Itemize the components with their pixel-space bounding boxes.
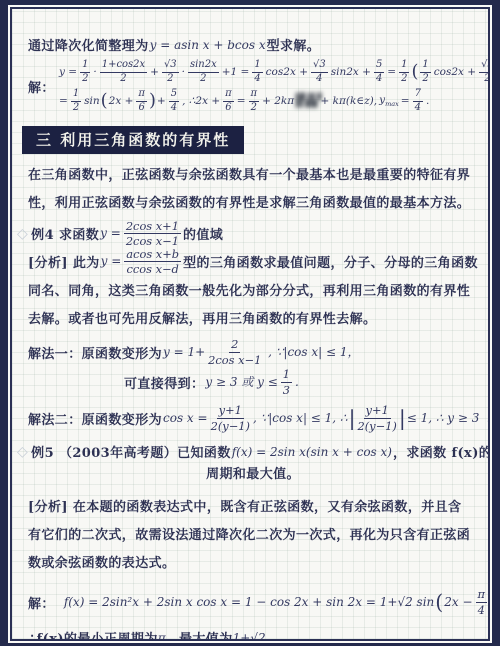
intro-suffix: 型求解。 [267, 35, 321, 54]
example4-heading: ◇ 例4 求函数 y =2cos x+12cos x−1 的值域 [28, 220, 478, 248]
example4-analysis: [分析] 此为 y =acos x+bccos x−d 型的三角函数求最值问题，… [28, 248, 478, 334]
analysis4-rest: 同名、同角，这类三角函数一般先化为部分分式，再利用三角函数的有界性 去解。或者也… [28, 278, 478, 334]
method2-line: 解法二：原函数变形为 cos x =y+12(y−1), ∵|cos x| ≤ … [28, 404, 478, 432]
conclusion-prefix: ∴f(x)的最小正周期为 [28, 628, 158, 641]
fraction: π6 [223, 89, 234, 114]
fraction: y+12(y−1) [211, 404, 250, 432]
fraction: π2 [249, 89, 260, 114]
fraction: 12 [71, 89, 81, 114]
example5-line-2: 周期和最大值。 [28, 461, 478, 488]
fraction: 54 [169, 89, 179, 114]
analysis4-formula: y =acos x+bccos x−d [100, 248, 183, 276]
example5-suffix: ，求函数 f(x)的最小正 [393, 442, 490, 461]
example5-analysis: [分析] 在本题的函数表达式中，既含有正弦函数，又有余弦函数，并且含 有它们的二… [28, 494, 478, 578]
conclusion-mid: ，最大值为 [166, 628, 233, 641]
conclusion-math-1: π [158, 631, 166, 641]
top-solution-formula-line-1: y =12·1+cos2x2+√32·sin2x2+1 =14cos2x +√3… [58, 60, 490, 85]
example4-suffix: 的值域 [183, 224, 223, 243]
example4-formula: y =2cos x+12cos x−1 [99, 220, 183, 248]
example5-heading: ◇ 例5 （2003年高考题）已知函数 f(x) = 2sin x(sin x … [28, 442, 478, 461]
fraction: 22cos x−1 [208, 338, 261, 366]
solution5-label: 解： [28, 593, 55, 612]
fraction: sin2x2 [188, 60, 219, 85]
paragraph-line: 性，利用正弦函数与余弦函数的有界性是求解三角函数最值的最基本方法。 [28, 190, 478, 218]
diamond-icon: ◇ [17, 444, 28, 460]
paragraph-line: 有它们的二次式，故需设法通过降次化二次为一次式，再化为只含有正弦函 [28, 522, 478, 550]
method1-line-1: 解法一：原函数变形为 y = 1+22cos x−1 , ∵|cos x| ≤ … [28, 338, 478, 366]
fraction: 1+cos2x2 [100, 60, 147, 85]
fraction: 12 [80, 60, 90, 85]
paragraph-line: 数或余弦函数的表达式。 [28, 550, 478, 578]
solution5-formula: f(x) = 2sin²x + 2sin x cos x = 1 − cos 2… [63, 588, 490, 616]
example4-label: 例4 求函数 [31, 224, 99, 243]
example5-block: ◇ 例5 （2003年高考题）已知函数 f(x) = 2sin x(sin x … [28, 442, 478, 488]
paragraph-line: 在三角函数中，正弦函数与余弦函数具有一个最基本也是最重要的特征有界 [28, 162, 478, 190]
fraction: π6 [136, 89, 147, 114]
example5-solution: 解： f(x) = 2sin²x + 2sin x cos x = 1 − co… [28, 588, 478, 616]
solve-label: 解： [28, 77, 58, 96]
paragraph-line: 同名、同角，这类三角函数一般先化为部分分式，再利用三角函数的有界性 [28, 278, 478, 306]
fraction: √32 [479, 60, 490, 85]
fraction: 54 [374, 60, 384, 85]
analysis4-label: [分析] 此为 [28, 252, 100, 271]
fraction: √34 [311, 60, 328, 85]
fraction: 74 [413, 89, 423, 114]
method2-label: 解法二：原函数变形为 [28, 409, 162, 428]
method1-block: 解法一：原函数变形为 y = 1+22cos x−1 , ∵|cos x| ≤ … [28, 338, 478, 396]
frame-gap: 通过降次化简整理为 y = asin x + bcos x 型求解。 解： y … [8, 5, 492, 643]
section-title: 三 利用三角函数的有界性 [36, 131, 230, 149]
example5-formula: f(x) = 2sin x(sin x + cos x) [231, 445, 393, 459]
fraction: 12 [420, 60, 430, 85]
conclusion-math-2: 1+√2 [233, 631, 266, 641]
method2-formula: cos x =y+12(y−1), ∵|cos x| ≤ 1, ∴|y+12(y… [162, 404, 490, 432]
intro-paragraph: 在三角函数中，正弦函数与余弦函数具有一个最基本也是最重要的特征有界 性，利用正弦… [28, 162, 478, 218]
fraction: acos x+bccos x−d [124, 248, 181, 276]
censored-watermark: ▓▚▓▞ [295, 94, 319, 108]
fraction: 12 [399, 60, 409, 85]
analysis4-line-1: [分析] 此为 y =acos x+bccos x−d 型的三角函数求最值问题，… [28, 248, 478, 276]
paragraph-line: 去解。或者也可先用反解法，再用三角函数的有界性去解。 [28, 306, 478, 334]
conclusion-line: ∴f(x)的最小正周期为 π ，最大值为 1+√2 。 [28, 628, 478, 641]
method1-label-2: 可直接得到： [124, 373, 204, 392]
section-header-bar: 三 利用三角函数的有界性 [22, 126, 244, 154]
conclusion-end: 。 [266, 628, 279, 641]
top-solution-formulas: y =12·1+cos2x2+√32·sin2x2+1 =14cos2x +√3… [58, 60, 490, 114]
diamond-icon: ◇ [17, 226, 28, 242]
intro-prefix: 通过降次化简整理为 [28, 35, 149, 54]
top-solution-formula-line-2: =12sin(2x +π6)+54, ∴2x +π6=π2+ 2kπ▓▚▓▞+ … [58, 89, 490, 114]
method1-line-2: 可直接得到： y ≥ 3 或 y ≤13. [124, 368, 478, 396]
method1-formula: y = 1+22cos x−1 , ∵|cos x| ≤ 1， [162, 338, 361, 366]
fraction: 2cos x+12cos x−1 [124, 220, 181, 248]
method1-formula-2: y ≥ 3 或 y ≤13. [204, 368, 299, 396]
section-header-row: 三 利用三角函数的有界性 [28, 114, 478, 154]
intro-formula: y = asin x + bcos x [149, 38, 267, 52]
method1-label: 解法一：原函数变形为 [28, 343, 162, 362]
fraction: π4 [476, 588, 488, 616]
fraction: 13 [281, 368, 292, 396]
analysis4-suffix: 型的三角函数求最值问题，分子、分母的三角函数 [183, 252, 478, 271]
paragraph-line: [分析] 在本题的函数表达式中，既含有正弦函数，又有余弦函数，并且含 [28, 494, 478, 522]
notebook-frame: 通过降次化简整理为 y = asin x + bcos x 型求解。 解： y … [0, 0, 500, 646]
intro-line: 通过降次化简整理为 y = asin x + bcos x 型求解。 [28, 35, 478, 54]
example5-prefix: 例5 （2003年高考题）已知函数 [31, 442, 231, 461]
fraction: 14 [252, 60, 262, 85]
top-solution: 解： y =12·1+cos2x2+√32·sin2x2+1 =14cos2x … [28, 60, 478, 114]
notebook-paper: 通过降次化简整理为 y = asin x + bcos x 型求解。 解： y … [10, 7, 490, 641]
fraction: y+12(y−1) [357, 404, 396, 432]
fraction: √32 [162, 60, 179, 85]
